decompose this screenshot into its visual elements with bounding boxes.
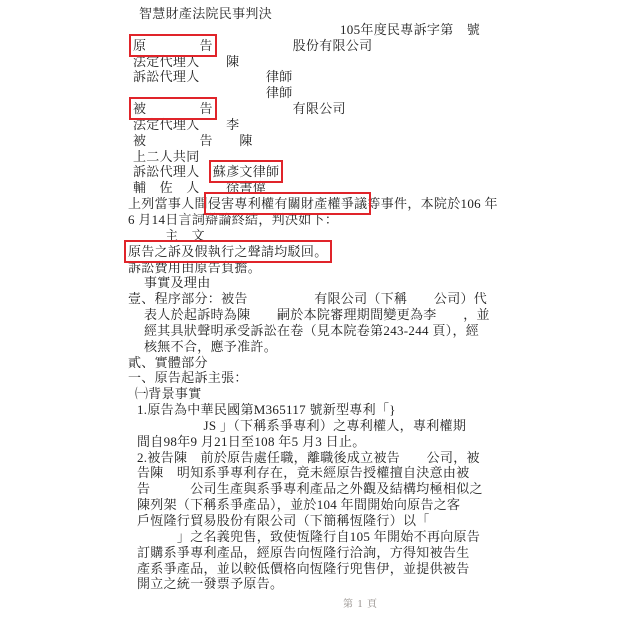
defendant-attorney-line: 訴訟代理人 蘇彥文律師 [133, 164, 508, 180]
doc-title: 智慧財產法院民事判決 [139, 6, 508, 22]
text-segment: 1.原告為中華民國第M365117 號新型專利「} [137, 402, 396, 417]
annotation-box-ruling: 原告之訴及假執行之聲請均駁回。 [128, 244, 328, 259]
background-item-1-line-2: JS 」（下稱系爭專利）之專利權人，專利權期 [137, 418, 508, 434]
background-item-2-line-7: 訂購系爭專利產品，經原告向恆隆行洽詢，方得知被告生 [137, 545, 508, 561]
background-item-1-line-1: 1.原告為中華民國第M365117 號新型專利「} [137, 402, 508, 418]
text-segment: 核無不合，應予准許。 [144, 339, 277, 354]
text-segment: 有限公司 [213, 101, 346, 116]
page-number: 第 1 頁 [343, 595, 378, 610]
text-segment: 主 文 [165, 228, 205, 243]
background-item-2-line-2: 告陳 明知系爭專利存在，竟未經原告授權擅自決意由被 [137, 465, 508, 481]
procedure-line-2: 表人於起訴時為陳 嗣於本院審理期間變更為李 ，並 [144, 307, 508, 323]
text-segment: 2.被告陳 前於原告處任職，離職後成立被告 公司，被 [137, 450, 480, 465]
background-item-2-line-6: 」之名義兜售，致使恆隆行自105 年開始不再向原告 [137, 529, 508, 545]
text-segment: 訴訟代理人 律師 [133, 69, 293, 84]
facts-heading: 事實及理由 [144, 275, 508, 291]
background-item-2-line-1: 2.被告陳 前於原告處任職，離職後成立被告 公司，被 [137, 450, 508, 466]
text-segment: 告陳 明知系爭專利存在，竟未經原告授權擅自決意由被 [137, 465, 470, 480]
judgment-page: 智慧財產法院民事判決105年度民專訴字第 號原 告 股份有限公司法定代理人 陳訴… [0, 0, 620, 620]
text-segment: 6 月14日言詞辯論終結，判決如下： [128, 212, 338, 227]
text-segment: 法定代理人 陳 [133, 54, 239, 69]
text-segment: 股份有限公司 [213, 38, 373, 53]
plaintiff-claim-heading: 一、原告起訴主張： [128, 370, 508, 386]
text-segment: 開立之統一發票予原告。 [137, 576, 283, 591]
background-heading: ㈠背景事實 [135, 386, 508, 402]
plaintiff-representative-line: 法定代理人 陳 [133, 54, 508, 70]
defendant-2-line: 被 告 陳 [133, 133, 508, 149]
text-segment: 」之名義兜售，致使恆隆行自105 年開始不再向原告 [137, 529, 480, 544]
substance-heading: 貳、實體部分 [128, 355, 508, 371]
background-item-2-line-9: 開立之統一發票予原告。 [137, 576, 508, 592]
background-item-1-line-3: 間自98年9 月21日至108 年5 月3 日止。 [137, 434, 508, 450]
procedure-line-4: 核無不合，應予准許。 [144, 339, 508, 355]
annotation-box-attorney: 蘇彥文律師 [213, 164, 280, 179]
procedure-line-3: 經其具狀聲明承受訴訟在卷（見本院卷第243-244 頁），經 [144, 323, 508, 339]
party-plaintiff-line: 原 告 股份有限公司 [133, 38, 508, 54]
background-item-2-line-5: 戶恆隆行貿易股份有限公司（下簡稱恆隆行）以「 [137, 513, 508, 529]
case-number: 105年度民專訴字第 號 [340, 22, 508, 38]
text-segment: ㈠背景事實 [135, 386, 202, 401]
case-type-line: 上列當事人間侵害專利權有關財產權爭議等事件，本院於106 年 [128, 196, 508, 212]
text-segment: 律師 [133, 85, 293, 100]
text-segment: 上二人共同 [133, 149, 200, 164]
text-segment: JS 」（下稱系爭專利）之專利權人，專利權期 [137, 418, 466, 433]
text-segment: 訴訟代理人 [133, 164, 213, 179]
joint-parties-line: 上二人共同 [133, 149, 508, 165]
text-segment: 貳、實體部分 [128, 355, 208, 370]
hearing-date-line: 6 月14日言詞辯論終結，判決如下： [128, 212, 508, 228]
background-item-2-line-4: 陳列架（下稱系爭產品），並於104 年間開始向原告之客 [137, 497, 508, 513]
text-segment: 表人於起訴時為陳 嗣於本院審理期間變更為李 ，並 [144, 307, 490, 322]
procedure-line-1: 壹、程序部分：被告 有限公司（下稱 公司）代 [128, 291, 508, 307]
text-segment: 等事件，本院於106 年 [367, 196, 497, 211]
text-segment: 陳列架（下稱系爭產品），並於104 年間開始向原告之客 [137, 497, 460, 512]
text-segment: 輔 佐 人 徐書偉 [133, 180, 266, 195]
text-segment: 事實及理由 [144, 275, 211, 290]
text-segment: 訴訟費用由原告負擔。 [128, 260, 261, 275]
plaintiff-attorney-line-2: 律師 [133, 85, 508, 101]
text-segment: 105年度民專訴字第 號 [340, 22, 480, 37]
text-segment: 訂購系爭專利產品，經原告向恆隆行洽詢，方得知被告生 [137, 545, 470, 560]
text-segment: 上列當事人間 [128, 196, 208, 211]
text-segment: 告 公司生產與系爭專利產品之外觀及結構均極相似之 [137, 481, 483, 496]
background-item-2-line-8: 產系爭產品，並以較低價格向恆隆行兜售伊，並提供被告 [137, 561, 508, 577]
plaintiff-attorney-line-1: 訴訟代理人 律師 [133, 69, 508, 85]
main-text-heading: 主 文 [165, 228, 508, 244]
text-segment: 間自98年9 月21日至108 年5 月3 日止。 [137, 434, 366, 449]
text-segment: 經其具狀聲明承受訴訟在卷（見本院卷第243-244 頁），經 [144, 323, 479, 338]
costs-line: 訴訟費用由原告負擔。 [128, 260, 508, 276]
ruling-line: 原告之訴及假執行之聲請均駁回。 [128, 244, 508, 260]
annotation-box-case-type: 侵害專利權有關財產權爭議 [208, 196, 368, 211]
document-body: 智慧財產法院民事判決105年度民專訴字第 號原 告 股份有限公司法定代理人 陳訴… [128, 6, 508, 592]
text-segment: 壹、程序部分：被告 有限公司（下稱 公司）代 [128, 291, 487, 306]
assistant-line: 輔 佐 人 徐書偉 [133, 180, 508, 196]
text-segment: 法定代理人 李 [133, 117, 239, 132]
annotation-box-defendant: 被 告 [133, 101, 213, 116]
text-segment: 產系爭產品，並以較低價格向恆隆行兜售伊，並提供被告 [137, 561, 470, 576]
party-defendant-line: 被 告 有限公司 [133, 101, 508, 117]
defendant-representative-line: 法定代理人 李 [133, 117, 508, 133]
text-segment: 一、原告起訴主張： [128, 370, 248, 385]
text-segment: 戶恆隆行貿易股份有限公司（下簡稱恆隆行）以「 [137, 513, 430, 528]
annotation-box-plaintiff: 原 告 [133, 38, 213, 53]
text-segment: 智慧財產法院民事判決 [139, 6, 272, 21]
background-item-2-line-3: 告 公司生產與系爭專利產品之外觀及結構均極相似之 [137, 481, 508, 497]
text-segment: 被 告 陳 [133, 133, 253, 148]
